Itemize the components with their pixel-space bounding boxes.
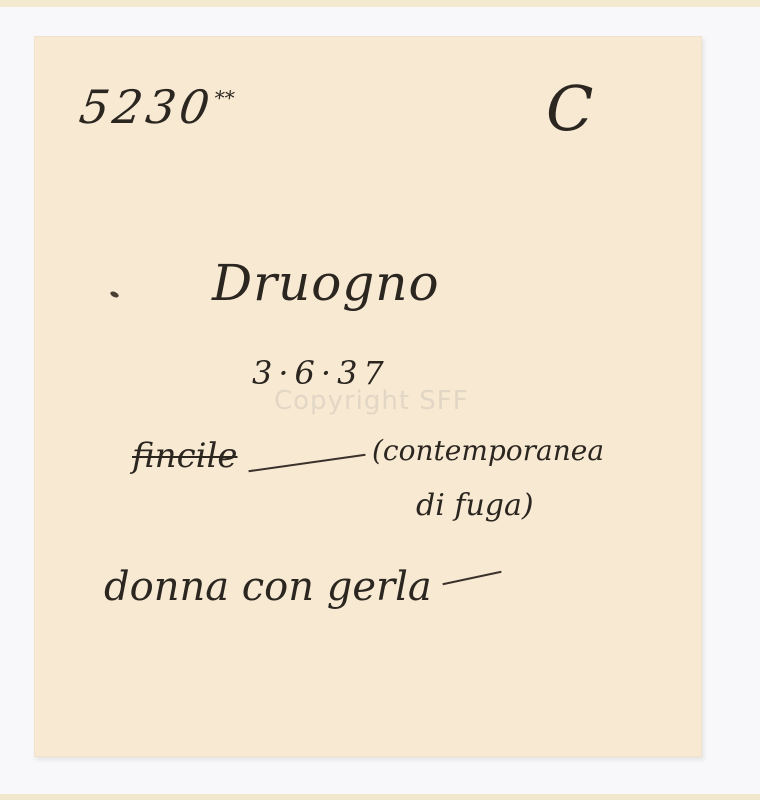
struck-word: fincile [132,436,238,476]
copyright-watermark: Copyright SFF [274,386,469,416]
parenthetical-note-line-1: (contemporanea [372,434,604,467]
series-letter: C [546,72,593,145]
struck-note: fincile [132,436,238,476]
top-edge-strip [0,0,760,7]
archive-card: 5230** C Druogno 3·6·37 Copyright SFF fi… [34,36,702,757]
ink-dot [109,290,119,298]
catalog-number: 5230** [76,80,237,134]
subject-description: donna con gerla [104,564,432,610]
catalog-number-marks: ** [213,86,236,110]
pen-stroke [248,454,365,472]
catalog-number-value: 5230 [76,80,217,134]
bottom-edge-strip [0,794,760,800]
parenthetical-note-line-2: di fuga) [416,488,534,523]
pen-stroke [442,571,501,585]
place-name: Druogno [212,254,440,312]
